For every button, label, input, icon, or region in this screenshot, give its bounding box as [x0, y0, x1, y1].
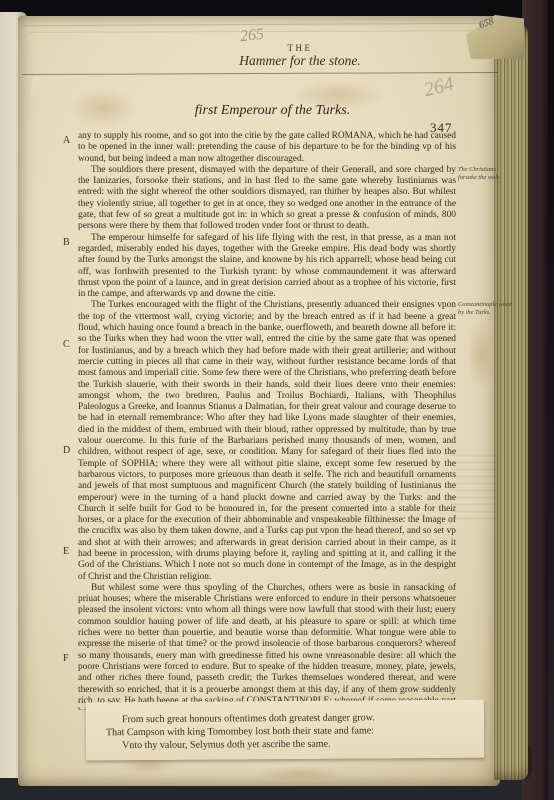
margin-letter-f: F	[63, 653, 69, 664]
paragraph: The souldiors there present, dismayed wi…	[78, 165, 456, 233]
book-photograph: 265 264 658 THE Hammer for the stone. fi…	[0, 0, 554, 800]
stain	[255, 766, 345, 782]
body-text: any to supply his roome, and so got into…	[78, 131, 456, 710]
verse-line: Vnto thy valour, Selymus doth yet ascrib…	[122, 737, 484, 753]
running-header: THE Hammer for the stone.	[150, 43, 450, 69]
margin-note: The Christians forsake the wals	[458, 166, 514, 181]
paragraph: The emperour himselfe for safegard of hi…	[78, 233, 456, 301]
margin-letter-e: E	[63, 546, 69, 557]
running-header-the: THE	[150, 43, 450, 53]
margin-letter-a: A	[63, 135, 70, 146]
margin-note: Constantinople woon by the Turks.	[458, 301, 514, 316]
paragraph: any to supply his roome, and so got into…	[78, 131, 456, 165]
paragraph: The Turkes encouraged with the flight of…	[78, 300, 456, 582]
fore-edge-pages	[494, 24, 528, 780]
running-header-title: Hammer for the stone.	[150, 53, 450, 69]
margin-letter-b: B	[63, 237, 70, 248]
paragraph: But whilest some were thus spoyling of t…	[78, 583, 456, 710]
pasted-verse-slip: From such great honours oftentimes doth …	[86, 700, 484, 761]
margin-letter-c: C	[63, 339, 70, 350]
margin-letter-d: D	[63, 445, 70, 456]
page-title: first Emperour of the Turks.	[95, 103, 450, 119]
stain	[466, 320, 496, 390]
bleedthrough-smudge	[451, 455, 497, 521]
